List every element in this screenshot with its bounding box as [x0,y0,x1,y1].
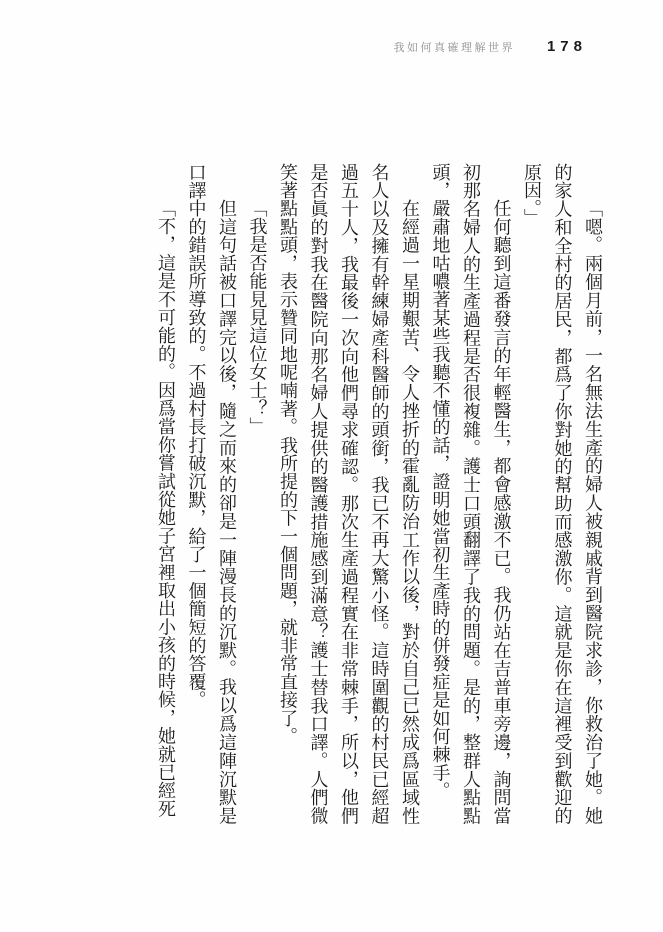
book-page: 我如何真確理解世界 178 「嗯。兩個月前，一名無法生產的婦人被親戚背到醫院求診… [0,0,663,932]
paragraph: 「嗯。兩個月前，一名無法生產的婦人被親戚背到醫院求診，你救治了她。她的家人和全村… [517,163,609,825]
paragraph: 但這句話被口譯完以後，隨之而來的卻是一陣漫長的沉默。我以爲這陣沉默是口譯中的錯誤… [181,163,242,825]
paragraph: 任何聽到這番發言的年輕醫生，都會感激不已。我仍站在吉普車旁邊，詢問當初那名婦人的… [425,163,517,825]
page-number: 178 [547,38,587,55]
vertical-text-body: 「嗯。兩個月前，一名無法生產的婦人被親戚背到醫院求診，你救治了她。她的家人和全村… [151,163,609,825]
book-title: 我如何真確理解世界 [393,39,515,55]
paragraph: 「不，這是不可能的。因爲當你嘗試從她子宮裡取出小孩的時候，她就已經死 [151,163,182,825]
paragraph: 「我是否能見見這位女士？」 [242,163,273,825]
paragraph: 在經過一星期艱苦、令人挫折的霍亂防治工作以後，對於自己已然成爲區域性名人以及擁有… [273,163,426,825]
running-header: 我如何真確理解世界 178 [393,38,587,55]
